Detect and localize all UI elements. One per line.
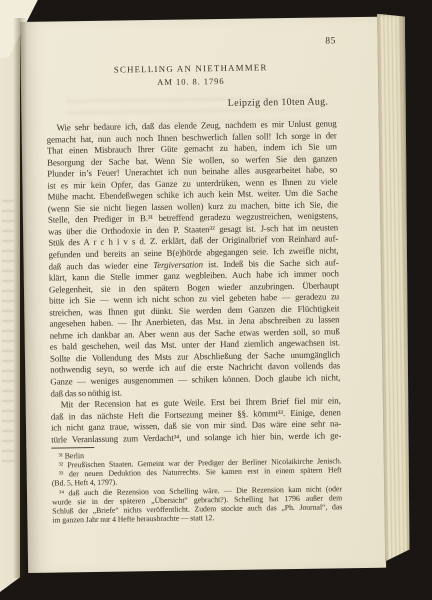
letter-heading: SCHELLING AN NIETHAMMER AM 10. 8. 1796 [46,60,336,90]
book-page: 85 SCHELLING AN NIETHAMMER AM 10. 8. 179… [20,17,386,573]
dateline: Leipzig den 10ten Aug. [46,96,336,111]
paragraph: Mit der Recension hat es gute Weile. Ers… [51,395,342,445]
footnotes: ³¹ Berlin³² Preußischen Staaten. Gemeint… [51,447,342,524]
letter-body: Wie sehr bedaure ich, daß das elende Zeu… [46,118,341,446]
gutter-shadow [13,18,27,578]
footnote: ³⁴ daß auch die Rezension von Schelling … [52,484,343,525]
footnote-separator [51,447,94,449]
paragraph: Wie sehr bedaure ich, daß das elende Zeu… [46,118,340,399]
page-number: 85 [325,36,336,46]
page-edge-stack [377,13,413,563]
scan-background: { "page": { "number": "85", "heading": {… [0,0,432,600]
